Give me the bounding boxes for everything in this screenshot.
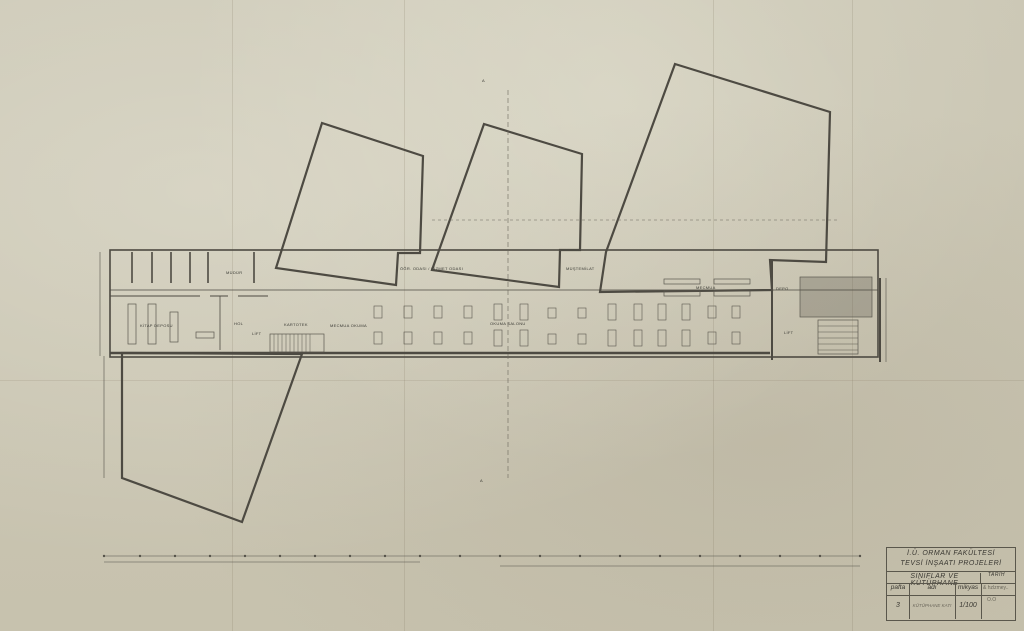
section-marker-bottom: A (480, 478, 483, 483)
value-name: KÜTÜPHANE KATI (909, 595, 956, 619)
label-periodicals-reading: MECMUA OKUMA (330, 323, 367, 328)
lower-hall-outline (122, 353, 302, 522)
label-teacher-room: ÖĞR. ODASI / HİZMET ODASI (400, 266, 463, 271)
signature: & hzlzmey.. (983, 585, 1008, 591)
blueprint-sheet: A A MÜDÜR KİTAP DEPOSU HOL LİFT KARTOTEK… (0, 0, 1024, 631)
institution-line1: İ.Ü. ORMAN FAKÜLTESİ (887, 550, 1015, 560)
label-hall: HOL (234, 321, 244, 326)
header-name: adı (909, 584, 956, 595)
value-scale: 1/100 (955, 595, 982, 619)
reading-tables (374, 304, 740, 346)
annotation: O.O (987, 597, 996, 603)
label-stacks: KİTAP DEPOSU (140, 323, 173, 328)
header-scale: mikyas (955, 584, 982, 595)
label-service-room: MÜŞTEMİLAT (566, 266, 595, 271)
header-sheet-no: pafta (887, 584, 910, 595)
label-card-catalog: KARTOTEK (284, 322, 308, 327)
label-lift-right: LİFT (784, 330, 794, 335)
label-lift-left: LİFT (252, 331, 262, 336)
label-store: DEPO (776, 286, 789, 291)
date-label: TARİH (988, 572, 1005, 578)
label-periodicals: MECMUA (696, 285, 716, 290)
title-values-row: 3 KÜTÜPHANE KATI 1/100 O.O (887, 595, 1015, 619)
floor-plan-drawing: A A MÜDÜR KİTAP DEPOSU HOL LİFT KARTOTEK… (0, 0, 1024, 631)
label-office: MÜDÜR (226, 270, 242, 275)
classroom-2-outline (432, 124, 582, 287)
classroom-3-outline (600, 64, 830, 292)
project-name-row: SINIFLAR VE KÜTÜPHANE TARİH (887, 571, 1015, 583)
section-marker-top: A (482, 78, 485, 83)
project-name: SINIFLAR VE KÜTÜPHANE (889, 573, 981, 583)
value-sheet-no: 3 (887, 595, 910, 619)
classroom-1-outline (276, 123, 423, 285)
title-block: İ.Ü. ORMAN FAKÜLTESİ TEVSİ İNŞAATI PROJE… (886, 547, 1016, 621)
label-reading-hall: OKUMA SALONU (490, 321, 526, 326)
